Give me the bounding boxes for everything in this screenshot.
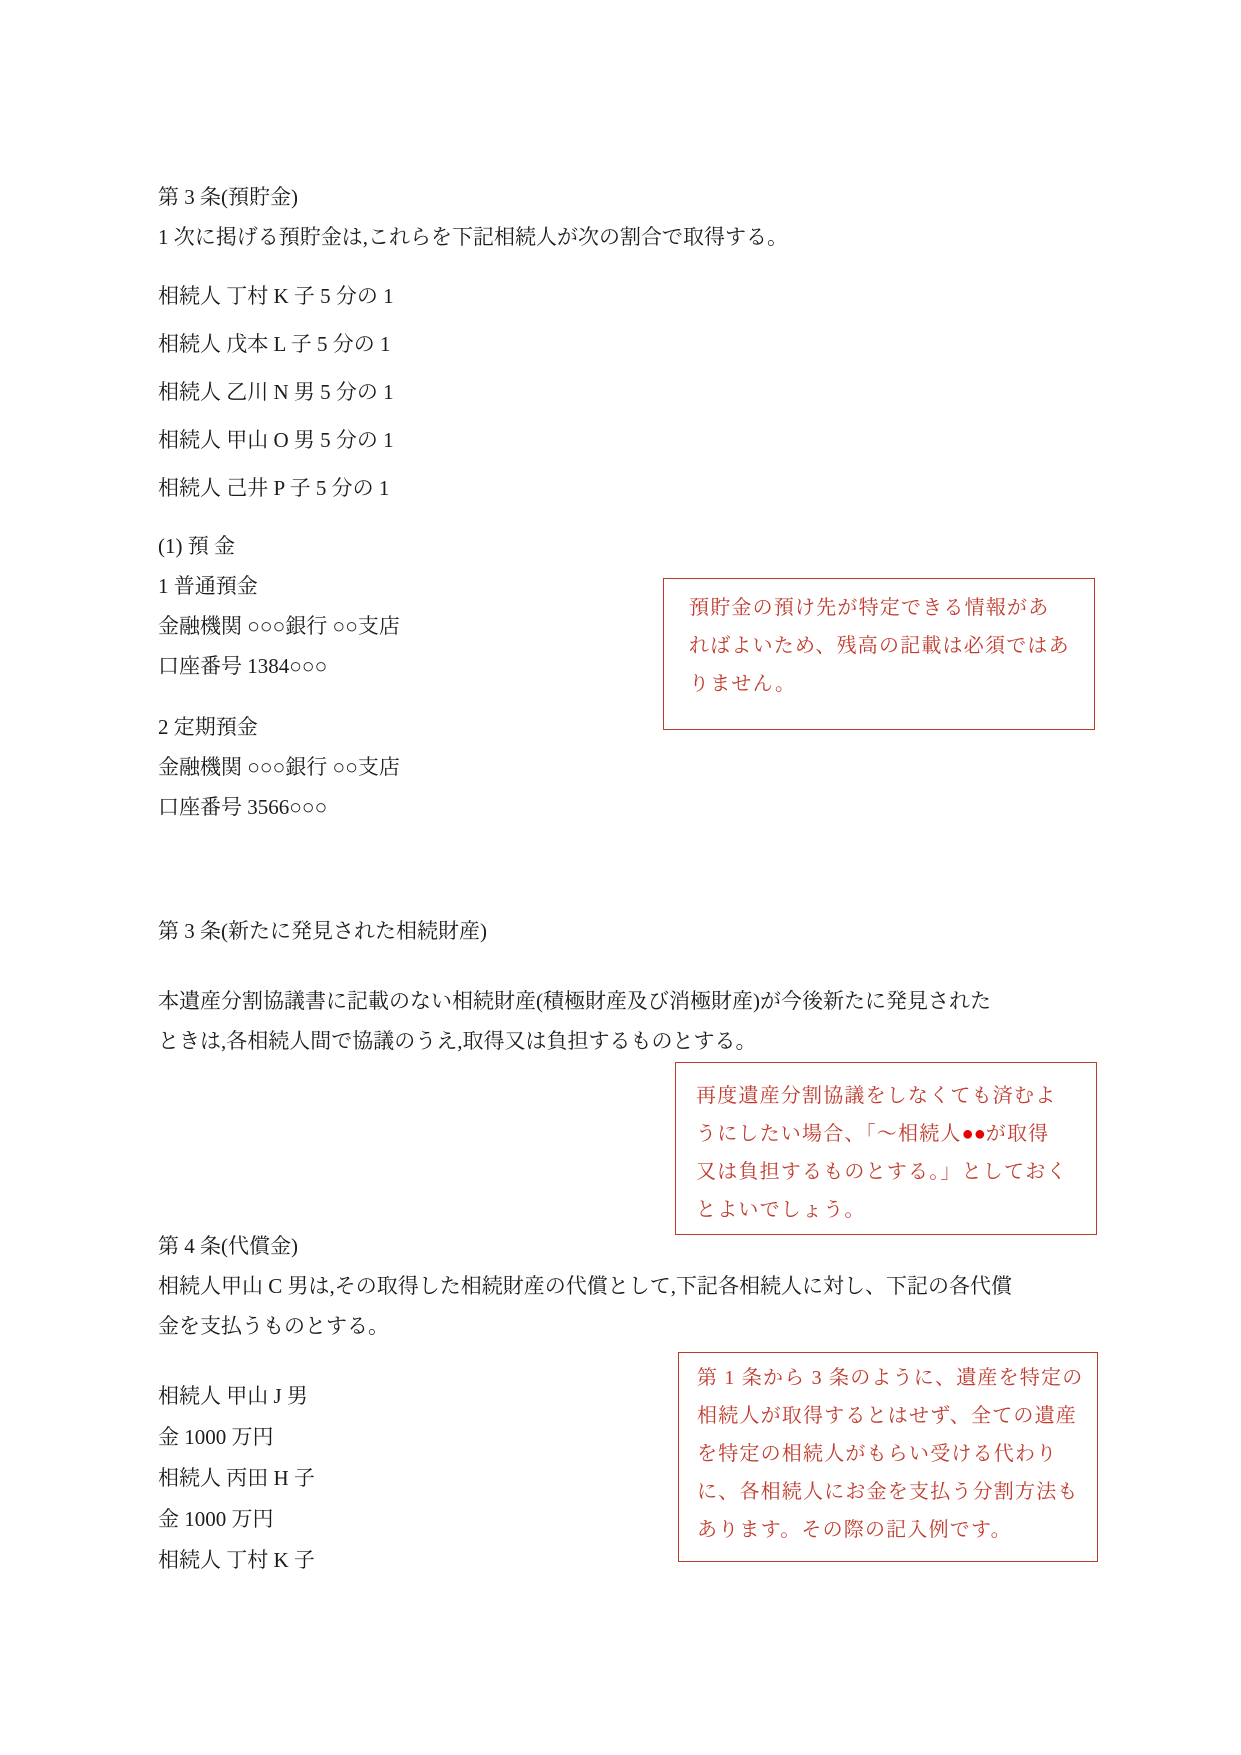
annotation-box-new-assets-note: 再度遺産分割協議をしなくても済むよ うにしたい場合、「〜相続人●●が取得 又は負… bbox=[675, 1062, 1097, 1235]
annotation-box-deposits-note: 預貯金の預け先が特定できる情報があ ればよいため、残高の記載は必須ではあ りませ… bbox=[663, 578, 1095, 730]
heir-share-line: 相続人 甲山 O 男 5 分の 1 bbox=[158, 416, 1118, 464]
placeholder-bullets: ●● bbox=[962, 1123, 986, 1145]
spacer bbox=[158, 512, 1118, 526]
annotation-text-line: りません。 bbox=[689, 665, 1094, 703]
fixed-deposit-account: 口座番号 3566○○○ bbox=[158, 787, 1118, 827]
heir-share-line: 相続人 乙川 N 男 5 分の 1 bbox=[158, 368, 1118, 416]
annotation-text-line: 預貯金の預け先が特定できる情報があ bbox=[689, 589, 1094, 627]
article3-deposits-heading: 第 3 条(預貯金) bbox=[158, 177, 1118, 217]
annotation-text-line: ればよいため、残高の記載は必須ではあ bbox=[689, 627, 1094, 665]
heir-share-line: 相続人 戊本 L 子 5 分の 1 bbox=[158, 320, 1118, 368]
article4-compensation-body-line2: 金を支払うものとする。 bbox=[158, 1306, 1118, 1346]
heir-share-line: 相続人 丁村 K 子 5 分の 1 bbox=[158, 272, 1118, 320]
spacer bbox=[158, 257, 1118, 272]
annotation-text-line: とよいでしょう。 bbox=[696, 1191, 1096, 1229]
annotation-text-line: に、各相続人にお金を支払う分割方法も bbox=[697, 1473, 1097, 1511]
spacer bbox=[158, 951, 1118, 981]
annotation-text-line: 再度遺産分割協議をしなくても済むよ bbox=[696, 1077, 1096, 1115]
fixed-deposit-institution: 金融機関 ○○○銀行 ○○支店 bbox=[158, 747, 1118, 787]
deposit-section-label: (1) 預 金 bbox=[158, 526, 1118, 566]
annotation-text-line: うにしたい場合、「〜相続人●●が取得 bbox=[696, 1115, 1096, 1153]
heir-share-line: 相続人 己井 P 子 5 分の 1 bbox=[158, 464, 1118, 512]
article3-new-assets-body-line2: ときは,各相続人間で協議のうえ,取得又は負担するものとする。 bbox=[158, 1021, 1118, 1061]
annotation-text-line: 第 1 条から 3 条のように、遺産を特定の bbox=[697, 1359, 1097, 1397]
document-page: 第 3 条(預貯金) 1 次に掲げる預貯金は,これらを下記相続人が次の割合で取得… bbox=[0, 0, 1241, 1755]
annotation-box-compensation-note: 第 1 条から 3 条のように、遺産を特定の 相続人が取得するとはせず、全ての遺… bbox=[678, 1352, 1098, 1562]
annotation-text-line: を特定の相続人がもらい受ける代わり bbox=[697, 1435, 1097, 1473]
article3-deposits-intro: 1 次に掲げる預貯金は,これらを下記相続人が次の割合で取得する。 bbox=[158, 217, 1118, 257]
spacer bbox=[158, 827, 1118, 911]
annotation-text-line: あります。その際の記入例です。 bbox=[697, 1511, 1097, 1549]
annotation-text-line: 相続人が取得するとはせず、全ての遺産 bbox=[697, 1397, 1097, 1435]
article4-compensation-body-line1: 相続人甲山 C 男は,その取得した相続財産の代償として,下記各相続人に対し、下記… bbox=[158, 1266, 1118, 1306]
annotation-text-line: 又は負担するものとする。」としておく bbox=[696, 1153, 1096, 1191]
article3-new-assets-body-line1: 本遺産分割協議書に記載のない相続財産(積極財産及び消極財産)が今後新たに発見され… bbox=[158, 981, 1118, 1021]
article3-new-assets-heading: 第 3 条(新たに発見された相続財産) bbox=[158, 911, 1118, 951]
